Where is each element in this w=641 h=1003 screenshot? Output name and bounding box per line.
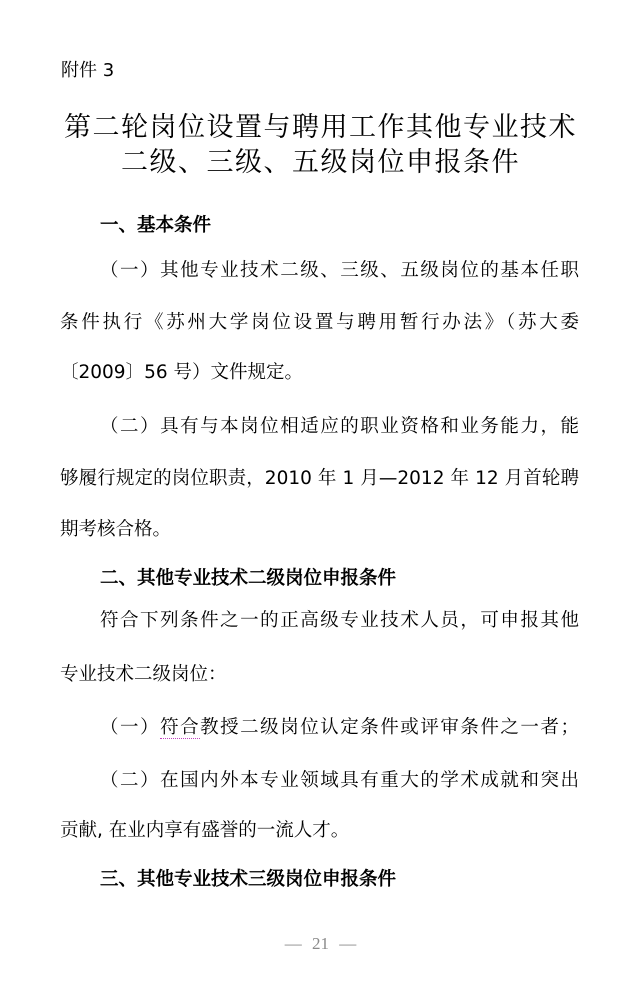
item-rest: 教授二级岗位认定条件或评审条件之一者； [200, 717, 579, 738]
paragraph-line: 够履行规定的岗位职责，2010 年 1 月—2012 年 12 月首轮聘 [60, 467, 579, 491]
spellcheck-marked-word[interactable]: 符合 [160, 717, 200, 739]
paragraph-line: 条件执行《苏州大学岗位设置与聘用暂行办法》（苏大委 [60, 311, 579, 335]
paragraph-line: （二）在国内外本专业领域具有重大的学术成就和突出 [100, 769, 579, 793]
paragraph-line: 期考核合格。 [60, 518, 579, 542]
paragraph-line: 〔2009〕56 号）文件规定。 [60, 361, 579, 385]
paragraph-line-with-spellcheck: （一）符合教授二级岗位认定条件或评审条件之一者； [100, 716, 579, 740]
section-heading-level-3: 三、其他专业技术三级岗位申报条件 [100, 868, 579, 892]
attachment-label: 附件 3 [61, 60, 114, 82]
paragraph-line: 符合下列条件之一的正高级专业技术人员，可申报其他 [100, 609, 579, 633]
document-title-line-1: 第二轮岗位设置与聘用工作其他专业技术 [40, 111, 601, 145]
page-number: — 21 — [0, 934, 641, 954]
document-title-line-2: 二级、三级、五级岗位申报条件 [40, 146, 601, 180]
section-heading-basic-conditions: 一、基本条件 [100, 214, 579, 238]
document-page: 附件 3 第二轮岗位设置与聘用工作其他专业技术 二级、三级、五级岗位申报条件 一… [0, 0, 641, 1003]
item-prefix: （一） [100, 717, 160, 738]
paragraph-line: 贡献, 在业内享有盛誉的一流人才。 [60, 819, 579, 843]
section-heading-level-2: 二、其他专业技术二级岗位申报条件 [100, 567, 579, 591]
paragraph-line: （二）具有与本岗位相适应的职业资格和业务能力，能 [100, 415, 579, 439]
paragraph-line: 专业技术二级岗位： [60, 663, 579, 687]
paragraph-line: （一）其他专业技术二级、三级、五级岗位的基本任职 [100, 259, 579, 283]
